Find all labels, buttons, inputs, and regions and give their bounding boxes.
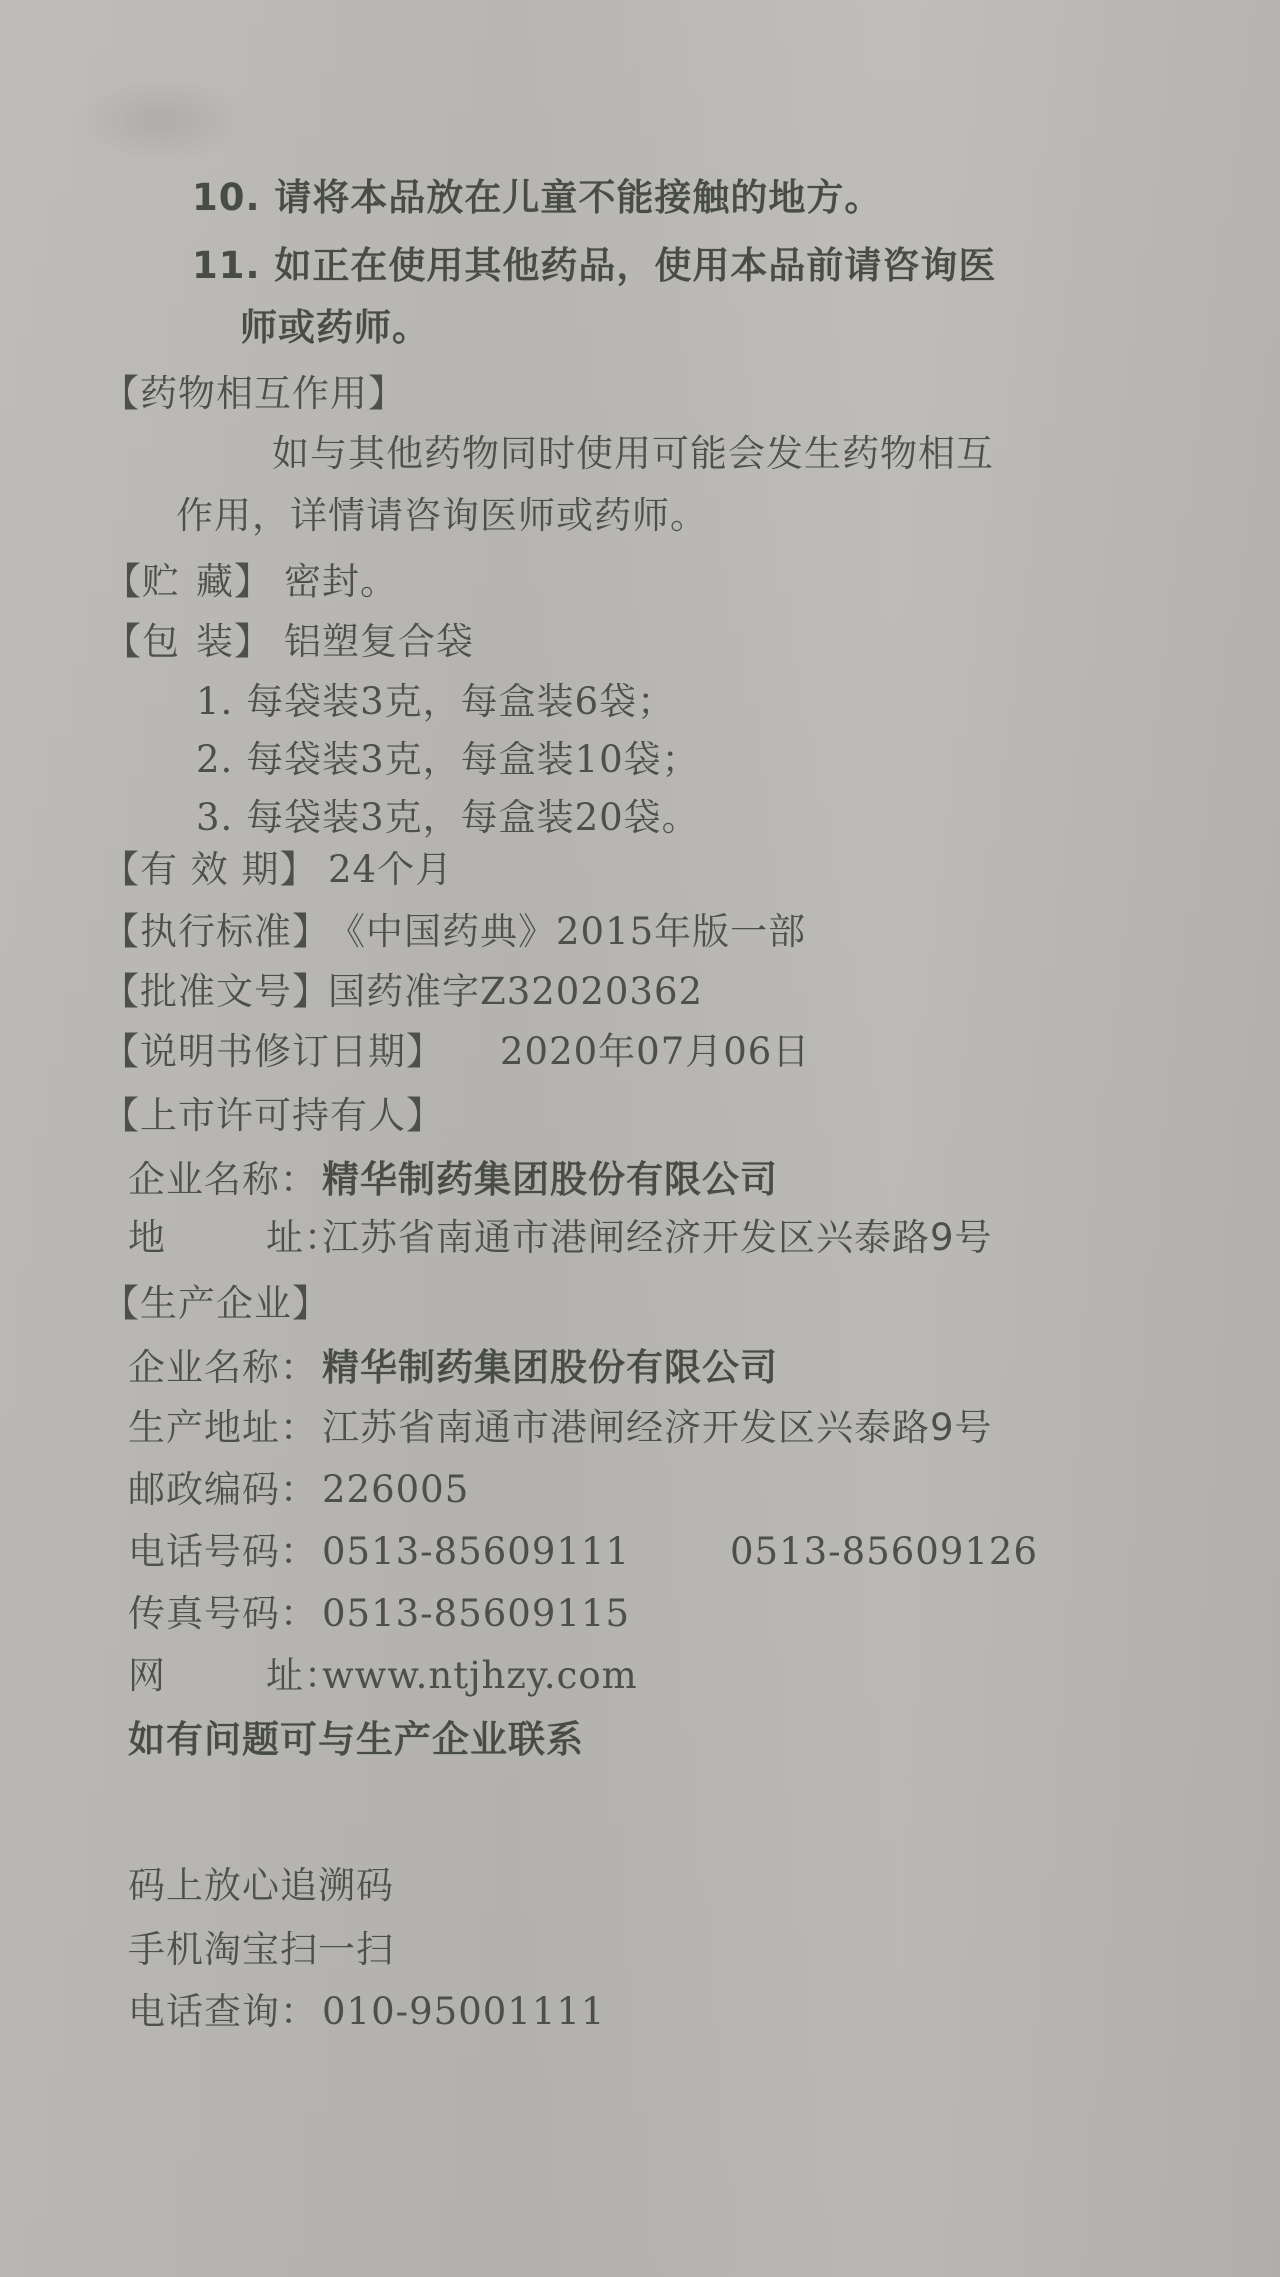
contact-note: 如有问题可与生产企业联系 — [128, 1718, 584, 1762]
packaging-option-3: 3. 每袋装3克，每盒装20袋。 — [196, 796, 700, 840]
interactions-text-line1: 如与其他药物同时使用可能会发生药物相互 — [272, 432, 994, 476]
approval-label: 【批准文号】 — [102, 970, 330, 1014]
mah-name-value: 精华制药集团股份有限公司 — [322, 1158, 778, 1202]
traceability-phone-label: 电话查询： — [128, 1990, 318, 2034]
traceability-line2: 手机淘宝扫一扫 — [128, 1928, 394, 1972]
revision-date-label: 【说明书修订日期】 — [102, 1030, 444, 1074]
packaging-label-open: 【包 — [104, 620, 180, 664]
standard-value: 《中国药典》2015年版一部 — [328, 910, 806, 954]
revision-date-value: 2020年07月06日 — [500, 1030, 810, 1074]
storage-label-close: 藏】 — [196, 560, 272, 604]
mah-address-value: 江苏省南通市港闸经济开发区兴泰路9号 — [322, 1216, 993, 1260]
packaging-value: 铝塑复合袋 — [284, 620, 474, 664]
packaging-label-close: 装】 — [196, 620, 272, 664]
interactions-heading: 【药物相互作用】 — [102, 372, 406, 416]
packaging-option-2: 2. 每袋装3克，每盒装10袋； — [196, 738, 700, 782]
mah-heading: 【上市许可持有人】 — [102, 1094, 444, 1138]
storage-label-open: 【贮 — [104, 560, 180, 604]
shelf-life-label: 【有 效 期】 — [102, 848, 318, 892]
interactions-text-line2: 作用，详情请咨询医师或药师。 — [176, 494, 708, 538]
postal-code-label: 邮政编码： — [128, 1468, 318, 1512]
approval-number: 国药准字Z32020362 — [328, 970, 703, 1014]
drug-insert-page: 10. 请将本品放在儿童不能接触的地方。 11. 如正在使用其他药品，使用本品前… — [0, 0, 1280, 2277]
phone-label: 电话号码： — [128, 1530, 318, 1574]
phone-number-1: 0513-85609111 — [322, 1530, 630, 1574]
traceability-line1: 码上放心追溯码 — [128, 1864, 394, 1908]
manufacturer-name-label: 企业名称： — [128, 1346, 318, 1390]
postal-code-value: 226005 — [322, 1468, 469, 1512]
manufacturer-name-value: 精华制药集团股份有限公司 — [322, 1346, 778, 1390]
traceability-phone-value: 010-95001111 — [322, 1990, 605, 2034]
precaution-item-11-line2: 师或药师。 — [240, 306, 430, 350]
shelf-life-value: 24个月 — [328, 848, 453, 892]
manufacturer-heading: 【生产企业】 — [102, 1282, 330, 1326]
precaution-item-11-line1: 11. 如正在使用其他药品，使用本品前请咨询医 — [192, 244, 996, 288]
website-label-a: 网 — [128, 1654, 166, 1698]
fax-number: 0513-85609115 — [322, 1592, 630, 1636]
website-url: www.ntjhzy.com — [322, 1654, 638, 1698]
packaging-option-1: 1. 每袋装3克，每盒装6袋； — [196, 680, 675, 724]
manufacturer-address-value: 江苏省南通市港闸经济开发区兴泰路9号 — [322, 1406, 993, 1450]
standard-label: 【执行标准】 — [102, 910, 330, 954]
manufacturer-address-label: 生产地址： — [128, 1406, 318, 1450]
storage-value: 密封。 — [284, 560, 398, 604]
precaution-item-10: 10. 请将本品放在儿童不能接触的地方。 — [192, 176, 882, 220]
fax-label: 传真号码： — [128, 1592, 318, 1636]
mah-address-label-a: 地 — [128, 1216, 166, 1260]
mah-name-label: 企业名称： — [128, 1158, 318, 1202]
phone-number-2: 0513-85609126 — [730, 1530, 1038, 1574]
